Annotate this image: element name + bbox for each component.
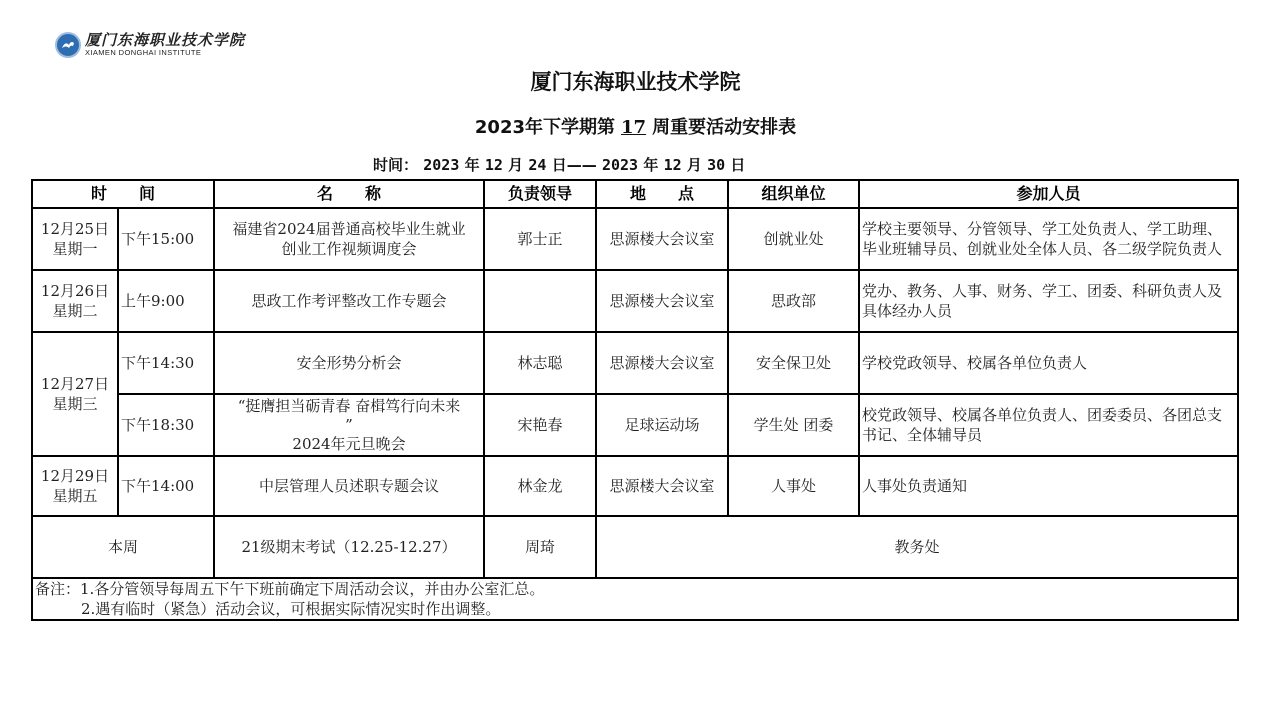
schedule-table: 时 间 名 称 负责领导 地 点 组织单位 参加人员 12月25日星期一 下午1… xyxy=(31,179,1239,621)
organizer-cell: 安全保卫处 xyxy=(728,332,859,394)
end-year: 2023 xyxy=(602,156,638,174)
table-row: 12月29日星期五 下午14:00 中层管理人员述职专题会议 林金龙 思源楼大会… xyxy=(32,456,1238,516)
note-line-2: 2.遇有临时（紧急）活动会议，可根据实际情况实时作出调整。 xyxy=(35,599,1235,619)
leader-cell: 郭士正 xyxy=(484,208,596,270)
date: 12月25日 xyxy=(35,219,115,239)
event-name-line: 2024年元旦晚会 xyxy=(217,435,481,454)
organizer-cell: 创就业处 xyxy=(728,208,859,270)
date-cell: 12月27日星期三 xyxy=(32,332,118,456)
notes-cell: 备注：1.各分管领导每周五下午下班前确定下周活动会议，并由办公室汇总。 2.遇有… xyxy=(32,578,1238,620)
table-row: 下午18:30 “挺膺担当砺青春 奋楫笃行向未来”2024年元旦晚会 宋艳春 足… xyxy=(32,394,1238,456)
school-logo: 厦门东海职业技术学院 XIAMEN DONGHAI INSTITUTE xyxy=(55,32,245,58)
organizer-cell: 教务处 xyxy=(596,516,1238,578)
date-label: 时间： xyxy=(373,156,418,174)
participants-cell: 校党政领导、校属各单位负责人、团委委员、各团总支书记、全体辅导员 xyxy=(859,394,1238,456)
start-day: 24 xyxy=(528,156,546,174)
time-cell: 下午18:30 xyxy=(118,394,214,456)
date-range: 时间： 2023 年 12 月 24 日—— 2023 年 12 月 30 日 xyxy=(373,154,745,175)
start-month: 12 xyxy=(485,156,503,174)
leader-cell: 林志聪 xyxy=(484,332,596,394)
logo-name-en: XIAMEN DONGHAI INSTITUTE xyxy=(85,48,245,58)
location-cell: 足球运动场 xyxy=(596,394,728,456)
organizer-cell: 思政部 xyxy=(728,270,859,332)
event-name-cell: 中层管理人员述职专题会议 xyxy=(214,456,484,516)
subtitle-suffix: 周重要活动安排表 xyxy=(652,117,796,138)
weekday: 星期三 xyxy=(35,394,115,414)
location-cell: 思源楼大会议室 xyxy=(596,456,728,516)
table-header-row: 时 间 名 称 负责领导 地 点 组织单位 参加人员 xyxy=(32,180,1238,208)
year-char: 年 xyxy=(643,156,658,174)
leader-cell: 林金龙 xyxy=(484,456,596,516)
note-line-1: 备注：1.各分管领导每周五下午下班前确定下周活动会议，并由办公室汇总。 xyxy=(35,579,1235,599)
organizer-cell: 学生处 团委 xyxy=(728,394,859,456)
date: 12月26日 xyxy=(35,281,115,301)
day-char: 日 xyxy=(730,156,745,174)
notes-row: 备注：1.各分管领导每周五下午下班前确定下周活动会议，并由办公室汇总。 2.遇有… xyxy=(32,578,1238,620)
leader-cell: 宋艳春 xyxy=(484,394,596,456)
location-cell: 思源楼大会议室 xyxy=(596,332,728,394)
date-cell: 12月25日星期一 xyxy=(32,208,118,270)
school-emblem-icon xyxy=(55,32,81,58)
logo-name-cn: 厦门东海职业技术学院 xyxy=(85,32,245,48)
header-time: 时 间 xyxy=(32,180,214,208)
this-week-row: 本周 21级期末考试（12.25-12.27） 周琦 教务处 xyxy=(32,516,1238,578)
event-name-cell: 安全形势分析会 xyxy=(214,332,484,394)
month-char: 月 xyxy=(508,156,523,174)
date: 12月27日 xyxy=(35,374,115,394)
day-char: 日 xyxy=(552,156,567,174)
subtitle-prefix: 2023年下学期第 xyxy=(475,117,615,138)
week-number: 17 xyxy=(615,117,652,138)
date-cell: 12月29日星期五 xyxy=(32,456,118,516)
participants-cell: 人事处负责通知 xyxy=(859,456,1238,516)
header-participants: 参加人员 xyxy=(859,180,1238,208)
event-name-line: ” xyxy=(217,416,481,435)
table-row: 12月25日星期一 下午15:00 福建省2024届普通高校毕业生就业创业工作视… xyxy=(32,208,1238,270)
header-leader: 负责领导 xyxy=(484,180,596,208)
organizer-cell: 人事处 xyxy=(728,456,859,516)
event-name-line: 创业工作视频调度会 xyxy=(217,239,481,259)
leader-cell: 周琦 xyxy=(484,516,596,578)
header-organizer: 组织单位 xyxy=(728,180,859,208)
time-cell: 下午14:30 xyxy=(118,332,214,394)
table-row: 12月26日星期二 上午9:00 思政工作考评整改工作专题会 思源楼大会议室 思… xyxy=(32,270,1238,332)
event-name-cell: 思政工作考评整改工作专题会 xyxy=(214,270,484,332)
start-year: 2023 xyxy=(423,156,459,174)
time-cell: 下午15:00 xyxy=(118,208,214,270)
end-month: 12 xyxy=(664,156,682,174)
date: 12月29日 xyxy=(35,466,115,486)
end-day: 30 xyxy=(707,156,725,174)
year-char: 年 xyxy=(465,156,480,174)
location-cell: 思源楼大会议室 xyxy=(596,208,728,270)
weekday: 星期一 xyxy=(35,239,115,259)
event-name-cell: “挺膺担当砺青春 奋楫笃行向未来”2024年元旦晚会 xyxy=(214,394,484,456)
this-week-label: 本周 xyxy=(32,516,214,578)
header-name: 名 称 xyxy=(214,180,484,208)
time-cell: 上午9:00 xyxy=(118,270,214,332)
weekday: 星期二 xyxy=(35,301,115,321)
weekday: 星期五 xyxy=(35,486,115,506)
month-char: 月 xyxy=(687,156,702,174)
participants-cell: 学校党政领导、校属各单位负责人 xyxy=(859,332,1238,394)
location-cell: 思源楼大会议室 xyxy=(596,270,728,332)
event-name-line: 福建省2024届普通高校毕业生就业 xyxy=(217,219,481,239)
event-name-cell: 21级期末考试（12.25-12.27） xyxy=(214,516,484,578)
participants-cell: 党办、教务、人事、财务、学工、团委、科研负责人及具体经办人员 xyxy=(859,270,1238,332)
table-row: 12月27日星期三 下午14:30 安全形势分析会 林志聪 思源楼大会议室 安全… xyxy=(32,332,1238,394)
date-cell: 12月26日星期二 xyxy=(32,270,118,332)
leader-cell xyxy=(484,270,596,332)
event-name-line: “挺膺担当砺青春 奋楫笃行向未来 xyxy=(217,397,481,416)
time-cell: 下午14:00 xyxy=(118,456,214,516)
header-location: 地 点 xyxy=(596,180,728,208)
participants-cell: 学校主要领导、分管领导、学工处负责人、学工助理、毕业班辅导员、创就业处全体人员、… xyxy=(859,208,1238,270)
event-name-cell: 福建省2024届普通高校毕业生就业创业工作视频调度会 xyxy=(214,208,484,270)
page-subtitle: 2023年下学期第17周重要活动安排表 xyxy=(0,113,1271,139)
page-title: 厦门东海职业技术学院 xyxy=(0,66,1271,96)
date-separator: —— xyxy=(567,156,597,174)
